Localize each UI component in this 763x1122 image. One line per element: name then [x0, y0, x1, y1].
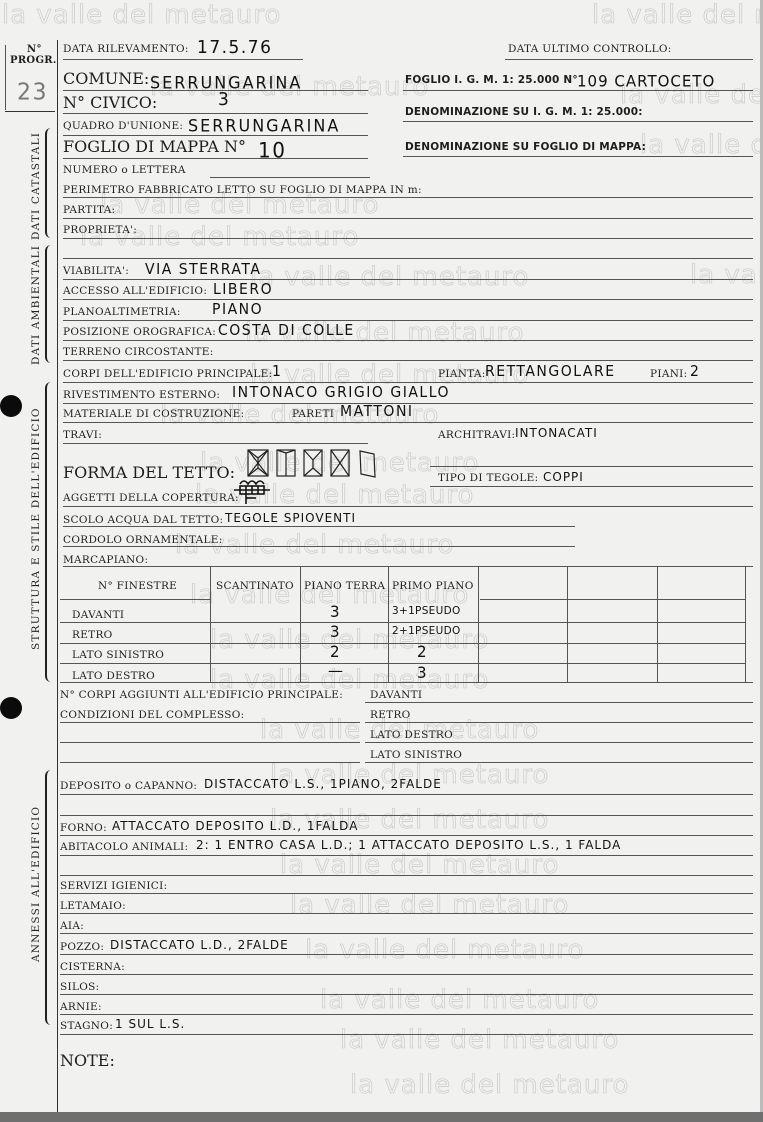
accesso-label: ACCESSO ALL'EDIFICIO:: [63, 285, 207, 297]
roof-hip-icon: [248, 450, 268, 476]
numero-lettera-label: NUMERO o LETTERA: [63, 164, 186, 176]
cell-value: 2+1PSEUDO: [392, 625, 461, 638]
civico-label: N° CIVICO:: [63, 93, 157, 112]
row-label: DAVANTI: [72, 609, 124, 621]
data-ultimo-controllo-label: DATA ULTIMO CONTROLLO:: [508, 43, 672, 55]
corpi-value: 1: [272, 364, 282, 381]
row-label: LATO DESTRO: [72, 670, 155, 682]
row-label: LATO SINISTRO: [72, 649, 164, 661]
cell-value: 3: [330, 603, 341, 622]
partita-label: PARTITA:: [63, 204, 116, 216]
condizioni-label: CONDIZIONI DEL COMPLESSO:: [60, 709, 244, 721]
quadro-unione-value: SERRUNGARINA: [188, 116, 340, 136]
pianta-label: PIANTA:: [438, 368, 486, 380]
survey-form: la valle del metauro la valle del metaur…: [0, 0, 763, 1112]
materiale-sublabel: PARETI: [292, 408, 334, 420]
deposito-label: DEPOSITO o CAPANNO:: [60, 780, 197, 792]
scolo-value: TEGOLE SPIOVENTI: [225, 511, 356, 526]
pozzo-label: POZZO:: [60, 941, 104, 953]
cell-value: 3: [417, 664, 428, 683]
foglio-igm-value: 109 CARTOCETO: [577, 72, 715, 91]
architravi-label: ARCHITRAVI:: [438, 429, 515, 441]
aia-label: AIA:: [60, 920, 84, 932]
pianta-value: RETTANGOLARE: [485, 364, 616, 381]
col-header: PRIMO PIANO: [392, 580, 474, 592]
accesso-value: LIBERO: [213, 282, 273, 299]
watermark: la valle del metauro: [320, 985, 599, 1015]
data-rilevamento-label: DATA RILEVAMENTO:: [63, 43, 189, 55]
progr-value: 23: [17, 79, 48, 105]
stagno-value: 1 SUL L.S.: [115, 1017, 185, 1032]
aggetti-label: AGGETTI DELLA COPERTURA:: [63, 492, 239, 504]
piani-value: 2: [690, 364, 700, 381]
viabilita-value: VIA STERRATA: [145, 262, 261, 279]
forma-tetto-label: FORMA DEL TETTO:: [63, 463, 235, 482]
watermark: la valle del metauro: [340, 1025, 619, 1055]
posizione-value: COSTA DI COLLE: [218, 323, 355, 340]
watermark: la valle del metauro: [290, 890, 569, 920]
scan-edge: [0, 1112, 763, 1122]
section-label-catastali: DATI CATASTALI: [30, 132, 42, 240]
watermark: la valle del metauro: [2, 0, 281, 30]
silos-label: SILOS:: [60, 981, 99, 993]
col-header: PIANO TERRA: [304, 580, 385, 592]
corpi-aggiunti-label: N° CORPI AGGIUNTI ALL'EDIFICIO PRINCIPAL…: [60, 689, 343, 701]
roof-shed-icon: [360, 451, 375, 477]
cordolo-label: CORDOLO ORNAMENTALE:: [63, 534, 223, 546]
cell-value: 3+1PSEUDO: [392, 605, 461, 618]
foglio-igm-label: FOGLIO I. G. M. 1: 25.000 N°: [405, 74, 578, 86]
corpi-aggiunti-side: LATO SINISTRO: [370, 749, 462, 761]
cell-value: 3: [330, 623, 341, 642]
corpi-label: CORPI DELL'EDIFICIO PRINCIPALE:: [63, 368, 272, 380]
watermark: la valle del metauro: [305, 935, 584, 965]
materiale-value: MATTONI: [340, 404, 414, 421]
cell-value: 2: [417, 643, 428, 662]
planoaltimetria-value: PIANO: [212, 302, 263, 319]
cell-value: —: [328, 662, 345, 681]
note-label: NOTE:: [60, 1051, 115, 1070]
abitacolo-label: ABITACOLO ANIMALI:: [60, 841, 188, 853]
row-label: RETRO: [72, 629, 113, 641]
terreno-label: TERRENO CIRCOSTANTE:: [63, 346, 214, 358]
watermark: la valle del metauro: [250, 262, 529, 292]
architravi-value: INTONACATI: [515, 426, 598, 441]
servizi-label: SERVIZI IGIENICI:: [60, 880, 167, 892]
col-header: SCANTINATO: [216, 580, 294, 592]
perimetro-label: PERIMETRO FABBRICATO LETTO SU FOGLIO DI …: [63, 184, 422, 196]
viabilita-label: VIABILITA':: [63, 265, 129, 277]
cisterna-label: CISTERNA:: [60, 961, 125, 973]
letamaio-label: LETAMAIO:: [60, 900, 126, 912]
watermark: la valle del metauro: [592, 0, 763, 30]
forno-label: FORNO:: [60, 822, 107, 834]
corpi-aggiunti-side: DAVANTI: [370, 689, 422, 701]
piani-label: PIANI:: [650, 368, 687, 380]
corpi-aggiunti-side: LATO DESTRO: [370, 729, 453, 741]
data-rilevamento-value: 17.5.76: [197, 38, 272, 59]
forno-value: ATTACCATO DEPOSITO L.D., 1FALDA: [112, 819, 358, 834]
tipo-tegole-value: COPPI: [543, 470, 584, 485]
roof-pavilion-icon: [331, 450, 349, 476]
materiale-label: MATERIALE DI COSTRUZIONE:: [63, 408, 244, 420]
watermark: la valle del metauro: [350, 1070, 629, 1100]
arnie-label: ARNIE:: [60, 1001, 102, 1013]
stagno-label: STAGNO:: [60, 1020, 113, 1032]
roof-gable-icon: [277, 450, 295, 476]
punch-hole: [0, 697, 22, 719]
travi-label: TRAVI:: [63, 429, 102, 441]
cell-value: 2: [330, 643, 341, 662]
punch-hole: [0, 395, 22, 417]
progr-label: N°: [27, 44, 42, 55]
proprieta-label: PROPRIETA':: [63, 224, 137, 236]
watermark: la valle del metauro: [690, 260, 763, 290]
posizione-label: POSIZIONE OROGRAFICA:: [63, 326, 216, 338]
col-header: N° FINESTRE: [98, 580, 177, 592]
quadro-unione-label: QUADRO D'UNIONE:: [63, 120, 183, 132]
section-label-ambientali: DATI AMBIENTALI: [30, 245, 42, 365]
comune-label: COMUNE:: [63, 69, 149, 88]
rivestimento-label: RIVESTIMENTO ESTERNO:: [63, 389, 220, 401]
scolo-label: SCOLO ACQUA DAL TETTO:: [63, 514, 223, 526]
section-label-struttura: STRUTTURA E STILE DELL'EDIFICIO: [30, 407, 42, 650]
marcapiano-label: MARCAPIANO:: [63, 554, 148, 566]
planoaltimetria-label: PLANOALTIMETRIA:: [63, 306, 181, 318]
corpi-aggiunti-side: RETRO: [370, 709, 411, 721]
deposito-value: DISTACCATO L.S., 1PIANO, 2FALDE: [204, 777, 442, 792]
roof-inverted-gable-icon: [304, 450, 322, 476]
section-label-annessi: ANNESSI ALL'EDIFICIO: [30, 806, 42, 962]
tipo-tegole-label: TIPO DI TEGOLE:: [438, 472, 538, 484]
pozzo-value: DISTACCATO L.D., 2FALDE: [110, 938, 289, 953]
denominazione-igm-label: DENOMINAZIONE SU I. G. M. 1: 25.000:: [405, 106, 643, 118]
margin-line: [57, 40, 58, 1112]
progr-label: PROGR.: [10, 55, 57, 66]
rivestimento-value: INTONACO GRIGIO GIALLO: [232, 385, 450, 402]
foglio-mappa-label: FOGLIO DI MAPPA N°: [63, 137, 246, 156]
abitacolo-value: 2: 1 ENTRO CASA L.D.; 1 ATTACCATO DEPOSI…: [196, 838, 621, 853]
civico-value: 3: [218, 90, 230, 111]
denominazione-mappa-label: DENOMINAZIONE SU FOGLIO DI MAPPA:: [405, 141, 646, 153]
